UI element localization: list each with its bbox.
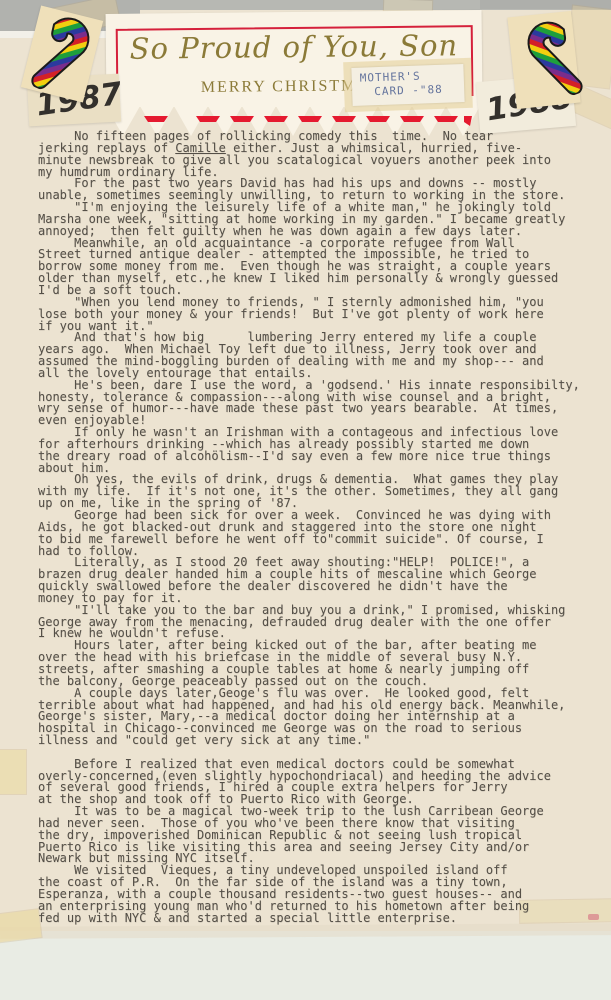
tape-scrap [0,909,42,942]
letter-line: fed up with NYC & and started a special … [38,913,598,925]
stamp-line-2: CARD -"88 [360,82,464,100]
scanned-letter-page: So Proud of You, Son MERRY CHRISTMAS MOT… [0,0,611,1000]
tape-scrap [0,750,26,794]
letter-line: illness and "could get very sick at any … [38,735,598,747]
letter-line: the dreary road of alcohölism--I'd say e… [38,451,598,463]
mothers-card-label: MOTHER'S CARD -"88 [351,64,464,106]
paper-bottom-edge [0,923,611,939]
letter-body: No fifteen pages of rollicking comedy th… [38,131,598,925]
